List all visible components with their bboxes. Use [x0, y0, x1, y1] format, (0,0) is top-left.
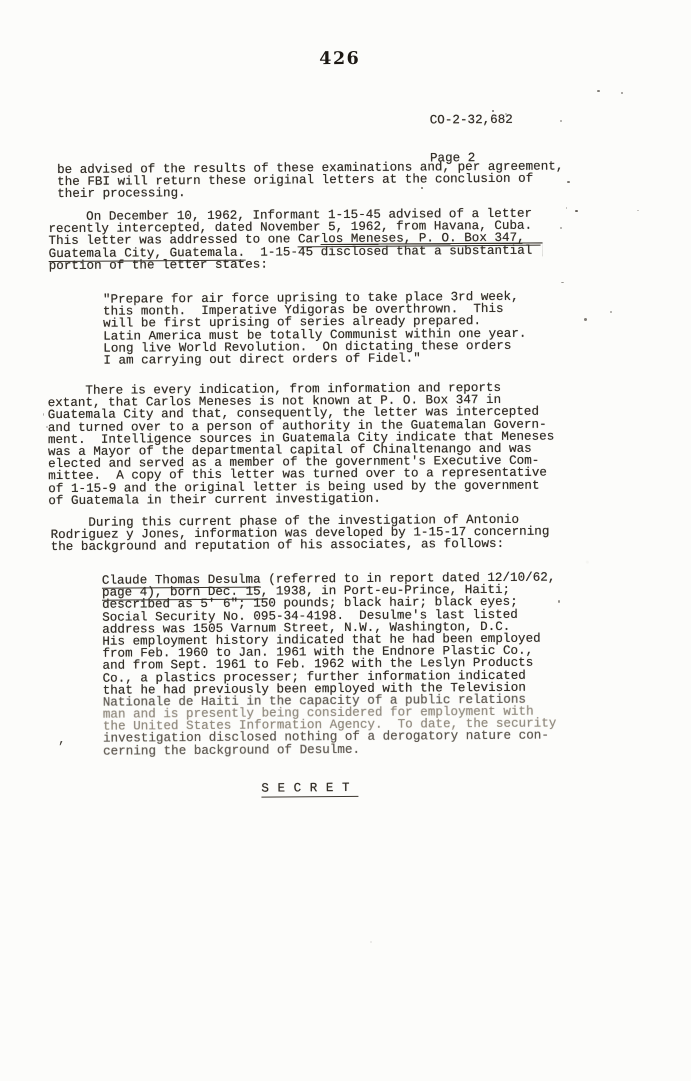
scan-speck	[43, 413, 44, 416]
doc-ref-number: CO-2-32,682	[430, 113, 513, 126]
text-segment: I am carrying out direct orders of Fidel…	[103, 351, 421, 367]
text-segment: disclosed that a substantial	[321, 243, 543, 259]
scan-speck	[637, 210, 639, 211]
blockquote-letter-excerpt: "Prepare for air force uprising to take …	[103, 291, 527, 367]
text-line: I am carrying out direct orders of Fidel…	[103, 352, 526, 367]
scan-speck	[560, 227, 562, 229]
scan-speck	[610, 311, 612, 313]
document-page: 426 CO-2-32,682 Page 2 be advised of the…	[0, 0, 691, 1081]
stray-margin-mark: ,	[58, 732, 66, 747]
text-line: of Guatemala in their current investigat…	[48, 491, 554, 507]
scan-speck	[584, 318, 587, 321]
scan-speck	[567, 181, 570, 183]
scan-speck	[558, 600, 560, 603]
scan-speck	[566, 207, 567, 209]
paragraph-intercepted-letter: On December 10, 1962, Informant 1-15-45 …	[48, 208, 542, 272]
scan-speck	[505, 113, 507, 115]
scan-speck	[561, 282, 564, 283]
paragraph-rodriguez-investigation: During this current phase of the investi…	[50, 514, 549, 554]
scan-speck	[492, 110, 494, 112]
classification-stamp: S E C R E T	[261, 781, 358, 798]
text-segment: their processing.	[57, 186, 186, 201]
scan-speck	[575, 210, 578, 212]
text-segment: the background and reputation of his ass…	[51, 537, 505, 554]
text-segment: of Guatemala in their current investigat…	[48, 491, 381, 507]
page-number: 426	[319, 49, 360, 69]
scan-speck	[370, 941, 372, 943]
scan-speck	[46, 426, 48, 428]
scan-speck	[621, 92, 623, 94]
paragraph-fbi-returns: be advised of the results of these exami…	[57, 160, 564, 200]
text-line: the background and reputation of his ass…	[51, 538, 550, 554]
paragraph-meneses-investigation: There is every indication, from informat…	[48, 382, 555, 507]
document-scan-layer: 426 CO-2-32,682 Page 2 be advised of the…	[0, 0, 691, 1081]
scan-speck	[597, 90, 600, 92]
text-segment: portion of the letter states:	[49, 257, 268, 273]
text-line: cerning the background of Desulme.	[103, 742, 557, 757]
paragraph-desulme-background: Claude Thomas Desulma (referred to in re…	[102, 572, 557, 758]
text-segment: cerning the background of Desulme.	[103, 743, 360, 759]
scan-speck	[421, 187, 423, 189]
scan-speck	[560, 120, 562, 122]
